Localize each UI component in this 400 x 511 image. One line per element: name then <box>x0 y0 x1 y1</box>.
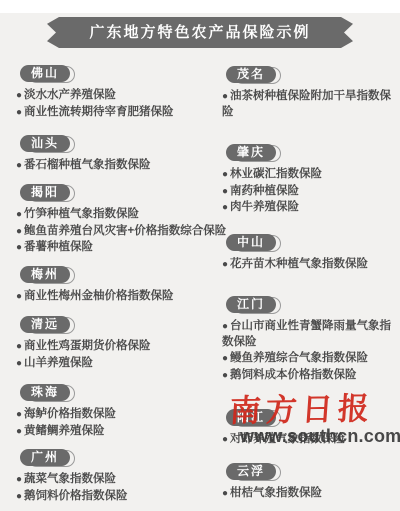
city-badge: 珠海 <box>20 383 70 401</box>
insurance-item-label: 台山市商业性青蟹降雨量气象指数保险 <box>222 320 391 348</box>
bullet-icon: ● <box>16 242 22 253</box>
insurance-item-list: ●柑桔气象指数保险 <box>222 486 394 502</box>
insurance-item: ●南药种植保险 <box>222 184 394 200</box>
city-badge-label: 云浮 <box>226 463 276 480</box>
insurance-item-list: ●蔬菜气象指数保险●鹅饲料价格指数保险 <box>16 472 216 504</box>
city-section-zhaoqing: 肇庆 ●林业碳汇指数保险●南药种植保险●肉牛养殖保险 <box>222 143 394 216</box>
city-badge-label: 揭阳 <box>20 184 70 201</box>
insurance-item-list: ●台山市商业性青蟹降雨量气象指数保险●鳗鱼养殖综合气象指数保险●鹅饲料成本价格指… <box>222 319 394 383</box>
insurance-item-list: ●海鲈价格指数保险●黄鳍鲷养殖保险 <box>16 407 216 439</box>
bullet-icon: ● <box>16 426 22 437</box>
left-column: 佛山 ●淡水水产养殖保险●商业性流转期待宰育肥猪保险 汕头 ●番石榴种植气象指数… <box>16 56 216 511</box>
city-badge-label: 广州 <box>20 449 70 466</box>
city-badge: 揭阳 <box>20 183 70 201</box>
insurance-item: ●山羊养殖保险 <box>16 356 216 372</box>
bullet-icon: ● <box>16 474 22 485</box>
city-badge-label: 汕头 <box>20 135 70 152</box>
city-section-jieyang: 揭阳 ●竹笋种植气象指数保险●鲍鱼苗养殖台风灾害+价格指数综合保险●番薯种植保险 <box>16 183 216 256</box>
bullet-icon: ● <box>16 107 22 118</box>
insurance-item-label: 油茶树种植保险附加干旱指数保险 <box>222 90 391 118</box>
insurance-item-label: 鲍鱼苗养殖台风灾害+价格指数综合保险 <box>24 225 226 237</box>
insurance-item: ●商业性流转期待宰育肥猪保险 <box>16 105 216 121</box>
insurance-item: ●黄鳍鲷养殖保险 <box>16 424 216 440</box>
bullet-icon: ● <box>222 321 228 332</box>
city-badge: 佛山 <box>20 64 70 82</box>
insurance-item: ●鹅饲料价格指数保险 <box>16 489 216 505</box>
city-badge: 江门 <box>226 295 276 313</box>
insurance-item: ●番薯种植保险 <box>16 240 216 256</box>
insurance-item: ●商业性梅州金柚价格指数保险 <box>16 289 216 305</box>
insurance-item-list: ●商业性梅州金柚价格指数保险 <box>16 289 216 305</box>
city-section-yangjiang: 阳江 ●对虾养殖气象指数保险 <box>222 408 394 448</box>
insurance-item: ●竹笋种植气象指数保险 <box>16 207 216 223</box>
city-section-shantou: 汕头 ●番石榴种植气象指数保险 <box>16 134 216 174</box>
insurance-item-label: 花卉苗木种植气象指数保险 <box>230 258 368 270</box>
city-badge-label: 清远 <box>20 316 70 333</box>
bullet-icon: ● <box>16 291 22 302</box>
insurance-item-label: 番石榴种植气象指数保险 <box>24 159 151 171</box>
insurance-item: ●肉牛养殖保险 <box>222 200 394 216</box>
bullet-icon: ● <box>16 491 22 502</box>
city-badge: 肇庆 <box>226 143 276 161</box>
insurance-item: ●番石榴种植气象指数保险 <box>16 158 216 174</box>
insurance-item-label: 鳗鱼养殖综合气象指数保险 <box>230 352 368 364</box>
insurance-item: ●蔬菜气象指数保险 <box>16 472 216 488</box>
city-section-qingyuan: 清远 ●商业性鸡蛋期货价格保险●山羊养殖保险 <box>16 315 216 371</box>
bullet-icon: ● <box>222 186 228 197</box>
bullet-icon: ● <box>16 341 22 352</box>
bullet-icon: ● <box>222 169 228 180</box>
top-white-strip <box>0 0 400 13</box>
bullet-icon: ● <box>16 90 22 101</box>
right-column: 茂名 ●油茶树种植保险附加干旱指数保险 肇庆 ●林业碳汇指数保险●南药种植保险●… <box>222 56 394 511</box>
bullet-icon: ● <box>222 202 228 213</box>
insurance-item-label: 山羊养殖保险 <box>24 357 93 369</box>
city-section-maoming: 茂名 ●油茶树种植保险附加干旱指数保险 <box>222 65 394 120</box>
city-section-meizhou: 梅州 ●商业性梅州金柚价格指数保险 <box>16 265 216 305</box>
page-title: 广东地方特色农产品保险示例 <box>47 17 353 48</box>
city-badge: 梅州 <box>20 265 70 283</box>
city-badge-label: 江门 <box>226 296 276 313</box>
bullet-icon: ● <box>16 160 22 171</box>
insurance-item-list: ●番石榴种植气象指数保险 <box>16 158 216 174</box>
city-badge-label: 阳江 <box>226 409 276 426</box>
insurance-item-label: 番薯种植保险 <box>24 241 93 253</box>
bullet-icon: ● <box>222 259 228 270</box>
bullet-icon: ● <box>16 209 22 220</box>
city-badge-label: 茂名 <box>226 66 276 83</box>
insurance-item-label: 肉牛养殖保险 <box>230 201 299 213</box>
insurance-item-label: 海鲈价格指数保险 <box>24 408 116 420</box>
city-section-zhuhai: 珠海 ●海鲈价格指数保险●黄鳍鲷养殖保险 <box>16 383 216 439</box>
city-badge: 清远 <box>20 315 70 333</box>
bullet-icon: ● <box>16 409 22 420</box>
city-badge-label: 肇庆 <box>226 144 276 161</box>
city-badge: 广州 <box>20 448 70 466</box>
city-badge: 云浮 <box>226 462 276 480</box>
bullet-icon: ● <box>222 353 228 364</box>
insurance-item-label: 黄鳍鲷养殖保险 <box>24 425 105 437</box>
insurance-item: ●淡水水产养殖保险 <box>16 88 216 104</box>
city-section-yunfu: 云浮 ●柑桔气象指数保险 <box>222 462 394 502</box>
city-badge-label: 中山 <box>226 234 276 251</box>
insurance-item: ●海鲈价格指数保险 <box>16 407 216 423</box>
insurance-item: ●台山市商业性青蟹降雨量气象指数保险 <box>222 319 394 350</box>
city-badge-label: 梅州 <box>20 266 70 283</box>
insurance-item: ●油茶树种植保险附加干旱指数保险 <box>222 89 394 120</box>
city-badge: 阳江 <box>226 408 276 426</box>
city-badge-label: 珠海 <box>20 384 70 401</box>
insurance-item-label: 蔬菜气象指数保险 <box>24 473 116 485</box>
insurance-item: ●林业碳汇指数保险 <box>222 167 394 183</box>
city-badge: 汕头 <box>20 134 70 152</box>
city-section-guangzhou: 广州 ●蔬菜气象指数保险●鹅饲料价格指数保险 <box>16 448 216 504</box>
insurance-item-list: ●油茶树种植保险附加干旱指数保险 <box>222 89 394 120</box>
insurance-item-list: ●对虾养殖气象指数保险 <box>222 432 394 448</box>
insurance-item: ●柑桔气象指数保险 <box>222 486 394 502</box>
insurance-item: ●鹅饲料成本价格指数保险 <box>222 368 394 384</box>
insurance-item-label: 竹笋种植气象指数保险 <box>24 208 139 220</box>
insurance-item: ●对虾养殖气象指数保险 <box>222 432 394 448</box>
insurance-item-list: ●竹笋种植气象指数保险●鲍鱼苗养殖台风灾害+价格指数综合保险●番薯种植保险 <box>16 207 216 256</box>
city-badge: 茂名 <box>226 65 276 83</box>
insurance-item-label: 商业性梅州金柚价格指数保险 <box>24 290 174 302</box>
bullet-icon: ● <box>222 91 228 102</box>
insurance-item-label: 柑桔气象指数保险 <box>230 487 322 499</box>
insurance-item-label: 对虾养殖气象指数保险 <box>230 433 345 445</box>
insurance-item-label: 鹅饲料成本价格指数保险 <box>230 369 357 381</box>
insurance-item-label: 商业性流转期待宰育肥猪保险 <box>24 106 174 118</box>
insurance-item-list: ●花卉苗木种植气象指数保险 <box>222 257 394 273</box>
bullet-icon: ● <box>16 226 22 237</box>
insurance-item: ●商业性鸡蛋期货价格保险 <box>16 339 216 355</box>
insurance-item-list: ●商业性鸡蛋期货价格保险●山羊养殖保险 <box>16 339 216 371</box>
insurance-item-label: 林业碳汇指数保险 <box>230 168 322 180</box>
insurance-item-label: 商业性鸡蛋期货价格保险 <box>24 340 151 352</box>
city-section-foshan: 佛山 ●淡水水产养殖保险●商业性流转期待宰育肥猪保险 <box>16 64 216 120</box>
insurance-item-label: 淡水水产养殖保险 <box>24 89 116 101</box>
bullet-icon: ● <box>16 358 22 369</box>
insurance-item: ●鳗鱼养殖综合气象指数保险 <box>222 351 394 367</box>
bullet-icon: ● <box>222 370 228 381</box>
insurance-item: ●花卉苗木种植气象指数保险 <box>222 257 394 273</box>
bullet-icon: ● <box>222 434 228 445</box>
insurance-item-label: 鹅饲料价格指数保险 <box>24 490 128 502</box>
insurance-item-list: ●淡水水产养殖保险●商业性流转期待宰育肥猪保险 <box>16 88 216 120</box>
insurance-item-label: 南药种植保险 <box>230 185 299 197</box>
city-badge: 中山 <box>226 233 276 251</box>
city-badge-label: 佛山 <box>20 65 70 82</box>
insurance-item: ●鲍鱼苗养殖台风灾害+价格指数综合保险 <box>16 224 216 240</box>
bullet-icon: ● <box>222 488 228 499</box>
city-section-jiangmen: 江门 ●台山市商业性青蟹降雨量气象指数保险●鳗鱼养殖综合气象指数保险●鹅饲料成本… <box>222 295 394 383</box>
insurance-item-list: ●林业碳汇指数保险●南药种植保险●肉牛养殖保险 <box>222 167 394 216</box>
city-section-zhongshan: 中山 ●花卉苗木种植气象指数保险 <box>222 233 394 273</box>
